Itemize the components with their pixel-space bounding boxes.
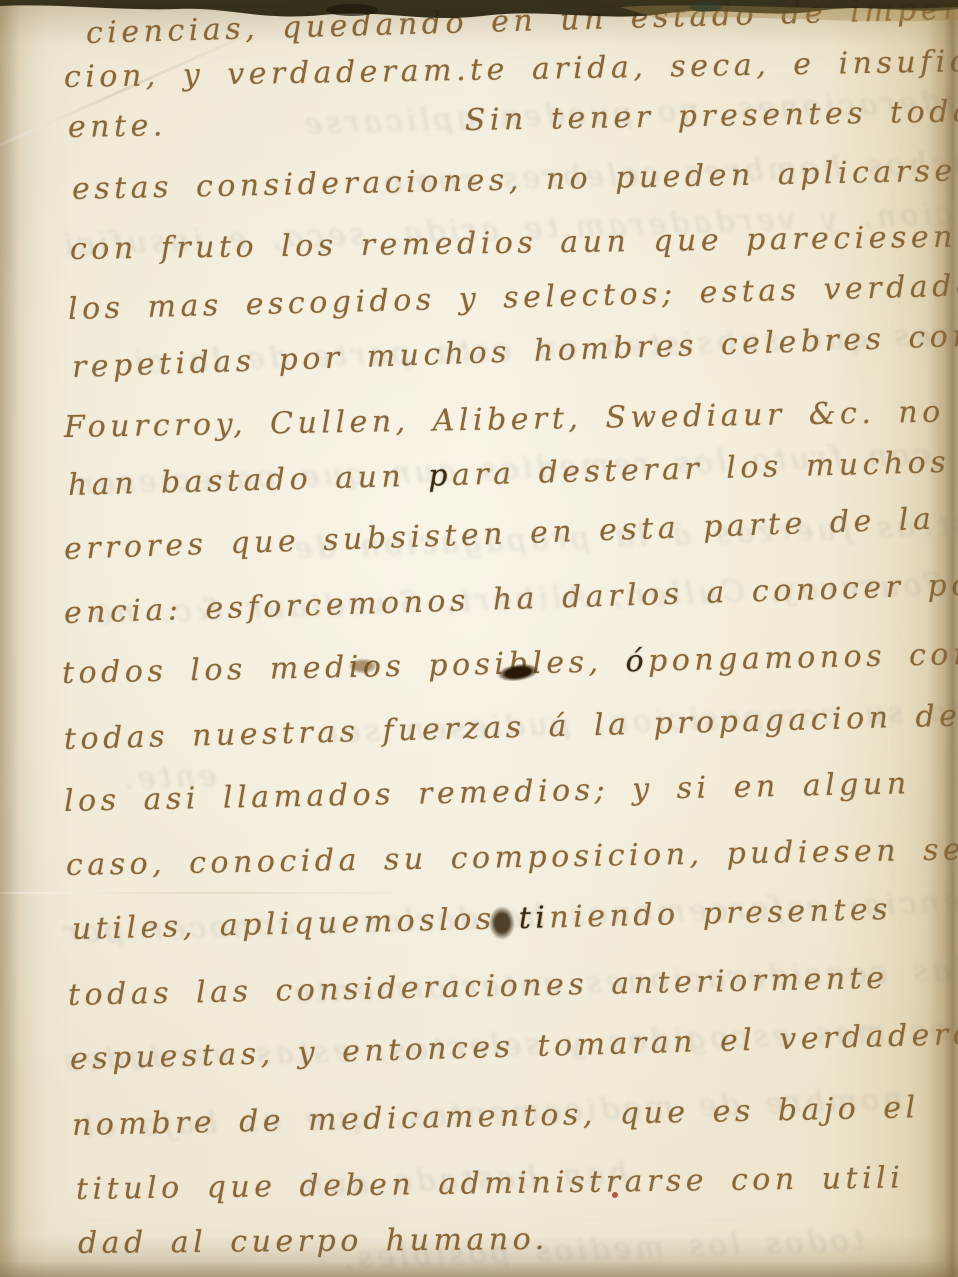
handwritten-text: los asi llamados remedios; y si en algun <box>64 766 911 819</box>
manuscript-line: espuestas, y entonces tomaran el verdade… <box>70 1017 958 1077</box>
manuscript-line: titulo que deben administrarse con utili <box>76 1160 905 1207</box>
handwritten-text: titulo que deben administrarse con utili <box>76 1160 905 1207</box>
handwritten-text: pongamonos con <box>648 637 958 679</box>
manuscript-lines: ciencias, quedando en un estado de imper… <box>0 0 958 1277</box>
manuscript-line: encia: esforcemonos ha darlos a conocer … <box>63 567 958 631</box>
manuscript-line: los mas escogidos y selectos; estas verd… <box>68 268 958 327</box>
handwritten-text: estas consideraciones, no pueden aplicar… <box>72 153 957 207</box>
handwritten-text: niendo presentes <box>549 892 893 935</box>
red-speck <box>612 1192 618 1198</box>
manuscript-line: nombre de medicamentos, que es bajo el <box>72 1090 920 1143</box>
manuscript-line: todas las consideraciones anteriormente <box>68 961 889 1013</box>
handwritten-text: los mas escogidos y selectos; estas verd… <box>68 268 958 327</box>
manuscript-line: los asi llamados remedios; y si en algun <box>64 766 911 819</box>
manuscript-line: Fourcroy, Cullen, Alibert, Swediaur &c. … <box>64 395 945 445</box>
manuscript-line: cion, y verdaderam.te arida, seca, e ins… <box>64 44 958 95</box>
manuscript-page: estas consideraciones, no pueden aplicar… <box>0 0 958 1277</box>
handwritten-text: caso, conocida su composicion, pudiesen … <box>66 832 958 883</box>
manuscript-line: repetidas por muchos hombres celebres co… <box>71 317 958 385</box>
handwritten-text: ara desterar los muchos <box>451 445 950 493</box>
manuscript-line: han bastado aun para desterar los muchos <box>68 445 951 503</box>
handwritten-text: utiles, apliquemoslos <box>72 901 520 947</box>
handwritten-text: con fruto los remedios aun que pareciese… <box>70 220 957 267</box>
handwritten-text: errores que subsisten en esta parte de l… <box>63 500 958 567</box>
handwritten-text: ente. <box>68 108 168 145</box>
manuscript-line: estas consideraciones, no pueden aplicar… <box>72 153 957 207</box>
handwritten-text: espuestas, y entonces tomaran el verdade… <box>70 1017 958 1077</box>
manuscript-line: dad al cuerpo humano. <box>78 1222 549 1261</box>
handwritten-text: Sin tener presentes todas <box>465 94 958 138</box>
handwritten-text: encia: esforcemonos ha darlos a conocer … <box>63 567 958 631</box>
ink-stain <box>348 658 378 674</box>
handwritten-text: Fourcroy, Cullen, Alibert, Swediaur &c. … <box>64 395 945 445</box>
handwritten-text: dad al cuerpo humano. <box>78 1222 549 1261</box>
handwritten-text: ó <box>625 644 648 679</box>
handwritten-text: nombre de medicamentos, que es bajo el <box>72 1090 920 1143</box>
page-top-edge <box>0 0 958 34</box>
handwritten-text: todos los medios posibles, <box>62 644 626 691</box>
manuscript-line: todas nuestras fuerzas á la propagacion … <box>64 699 958 757</box>
manuscript-line: utiles, apliquemoslos tiniendo presentes <box>72 892 893 947</box>
ink-blot <box>489 906 515 940</box>
handwritten-text: cion, y verdaderam.te arida, seca, e ins… <box>64 44 958 95</box>
manuscript-line: caso, conocida su composicion, pudiesen … <box>66 832 958 883</box>
manuscript-line: errores que subsisten en esta parte de l… <box>63 500 958 567</box>
handwritten-text: p <box>428 458 453 494</box>
manuscript-line: con fruto los remedios aun que pareciese… <box>70 220 957 267</box>
manuscript-line: todos los medios posibles, ópongamonos c… <box>62 637 958 691</box>
handwritten-text: han bastado aun <box>68 459 429 503</box>
handwritten-text: repetidas por muchos hombres celebres co… <box>71 317 958 385</box>
handwritten-text: todas las consideraciones anteriormente <box>68 961 889 1013</box>
handwritten-text: ti <box>518 900 550 936</box>
manuscript-line: ente.Sin tener presentes todas <box>68 94 958 145</box>
handwritten-text: todas nuestras fuerzas á la propagacion … <box>64 699 958 757</box>
